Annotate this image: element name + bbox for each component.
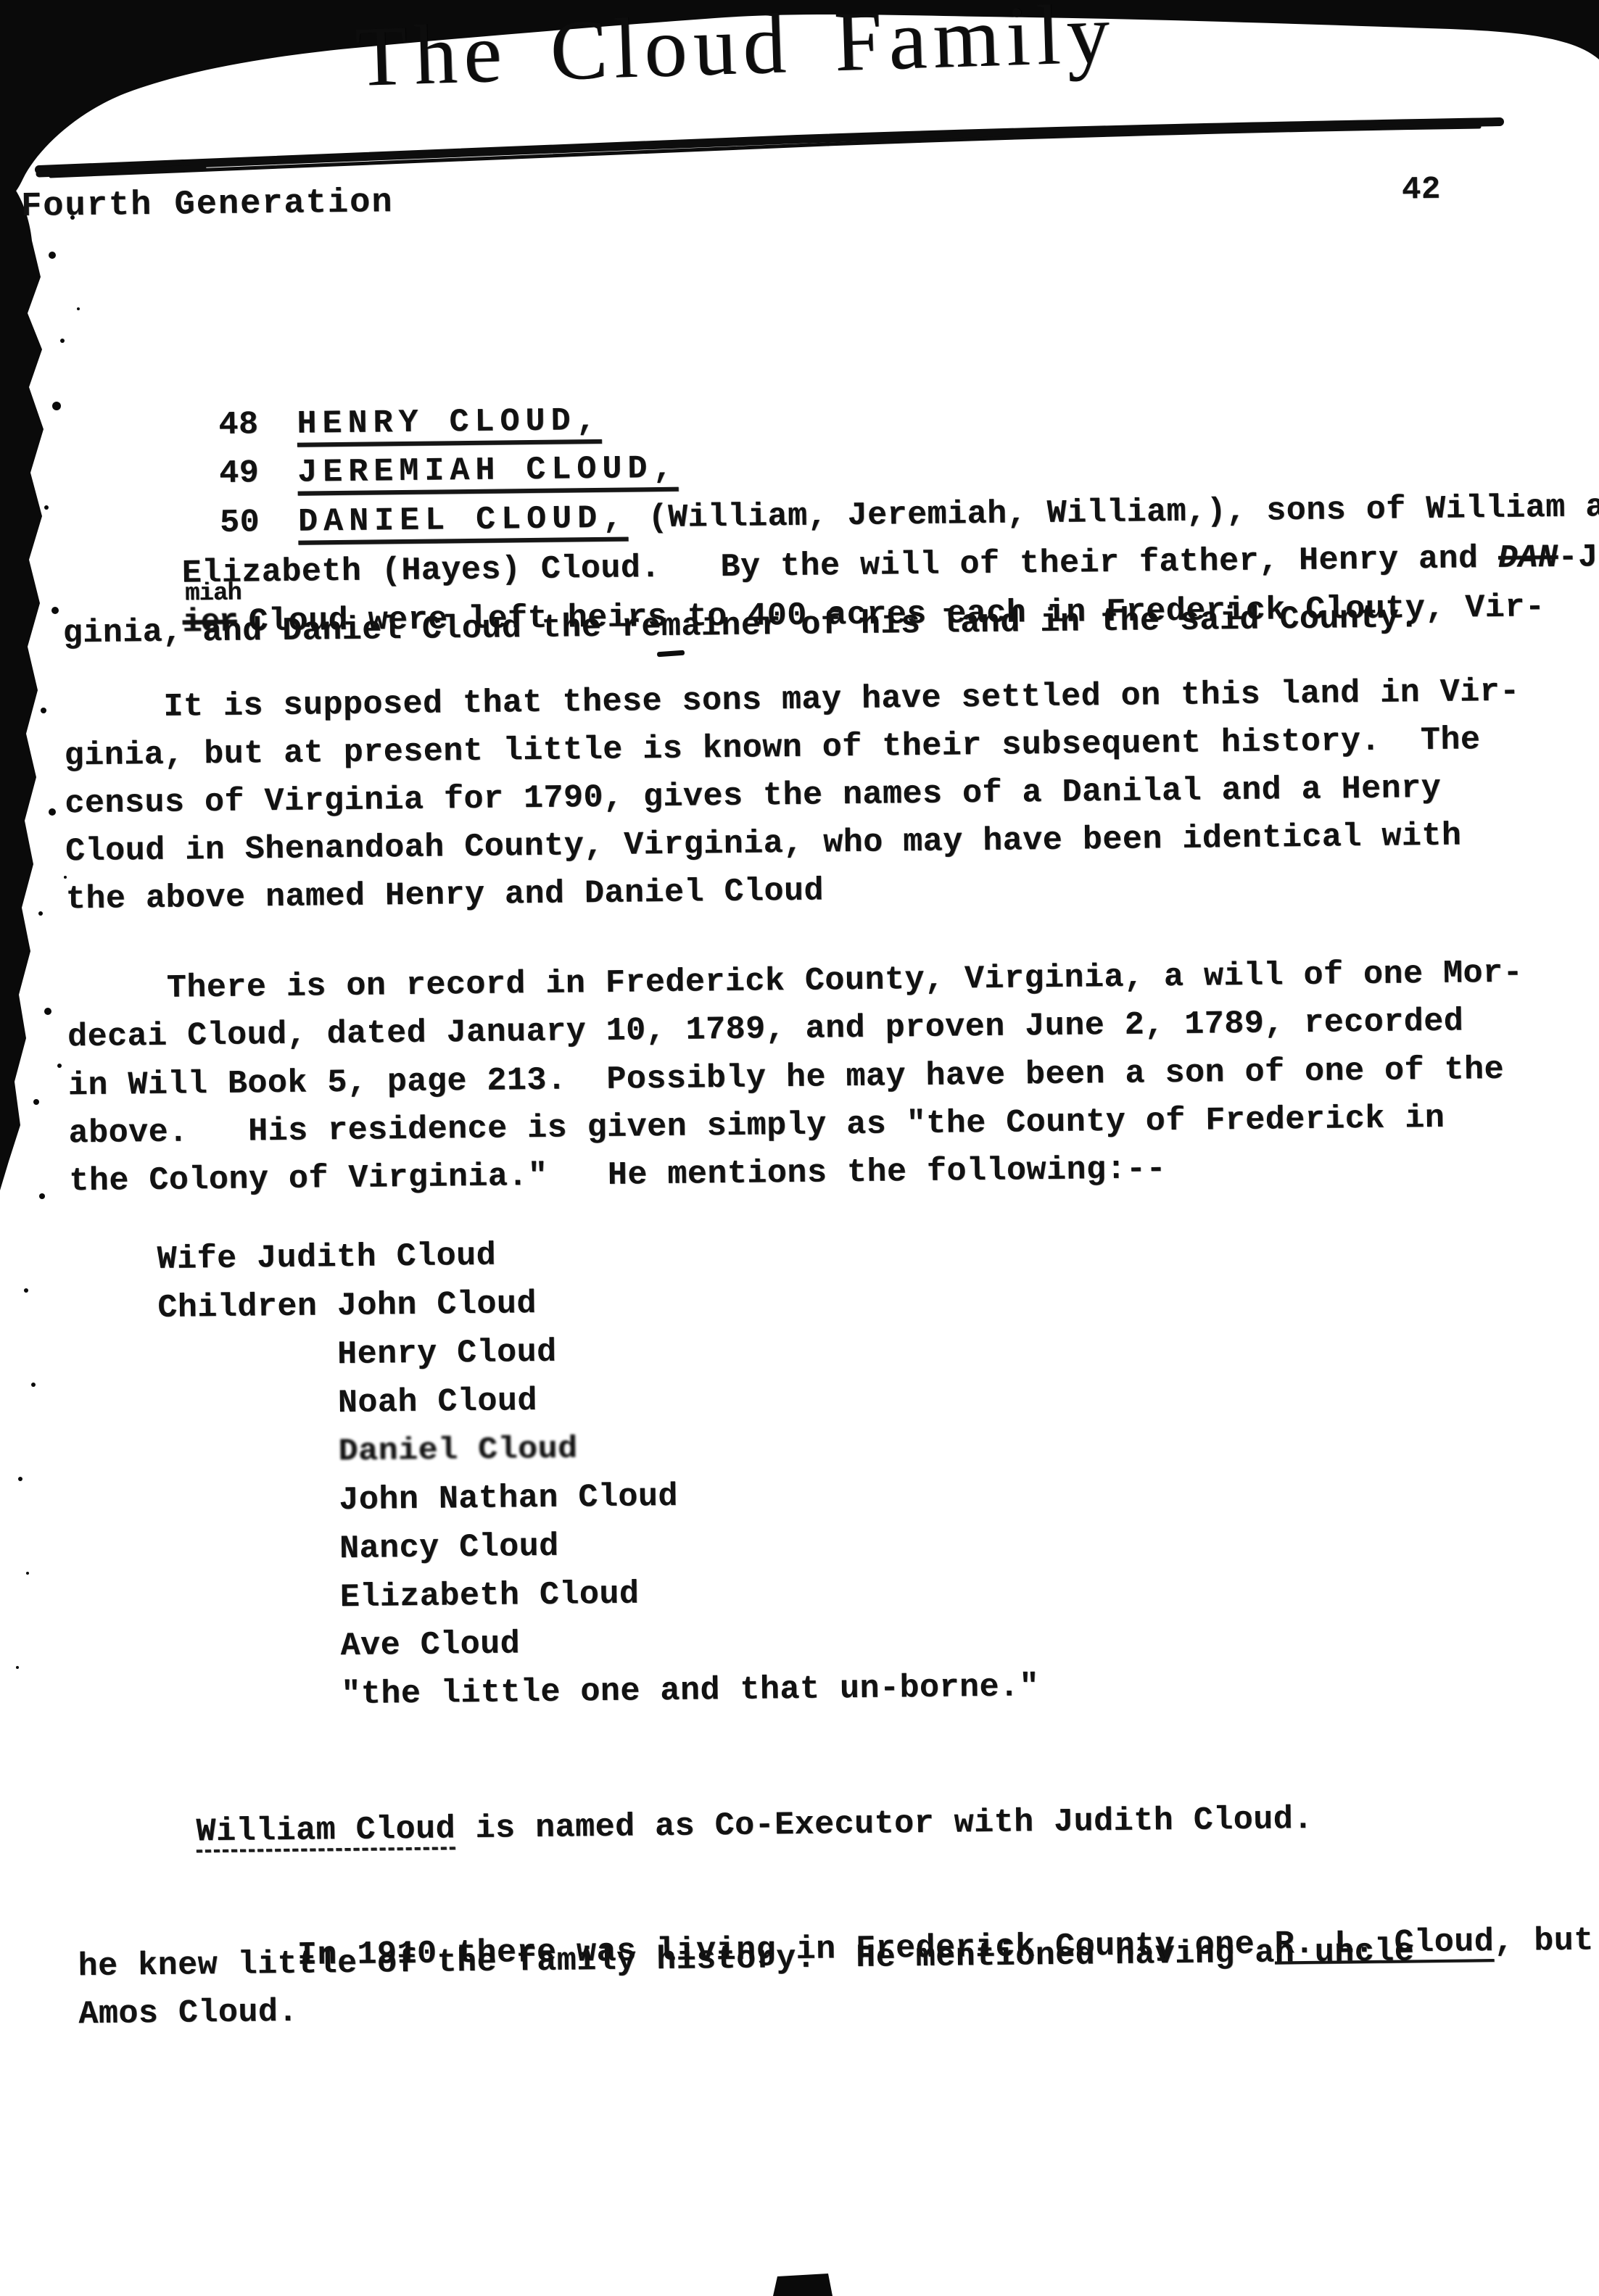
paragraph-supposed-line: ginia, but at present little is known of… xyxy=(64,721,1480,776)
paragraph-mordecai-line: in Will Book 5, page 213. Possibly he ma… xyxy=(68,1050,1505,1106)
will-child-item: Noah Cloud xyxy=(338,1382,538,1423)
will-children-line: Children John Cloud xyxy=(157,1285,537,1328)
page-body: Fourth Generation 42 48HENRY CLOUD, 49JE… xyxy=(0,0,1599,2296)
paragraph-mordecai-line: There is on record in Frederick County, … xyxy=(67,954,1523,1010)
will-child-item: Henry Cloud xyxy=(337,1333,557,1375)
paragraph-mordecai-line: decai Cloud, dated January 10, 1789, and… xyxy=(67,1002,1464,1057)
will-child-item: John Nathan Cloud xyxy=(339,1478,678,1520)
paragraph-mordecai-line: the Colony of Virginia." He mentions the… xyxy=(69,1150,1166,1201)
will-child-item: Daniel Cloud xyxy=(338,1431,578,1471)
paragraph-supposed-line: It is supposed that these sons may have … xyxy=(64,673,1520,729)
underlined-name: William Cloud xyxy=(196,1810,455,1850)
executor-line: William Cloud is named as Co-Executor wi… xyxy=(76,1761,1314,1892)
paragraph-supposed-line: the above named Henry and Daniel Cloud xyxy=(66,871,825,919)
will-child-item: Elizabeth Cloud xyxy=(340,1575,640,1617)
will-wife-line: Wife Judith Cloud xyxy=(157,1237,496,1280)
will-child-item: "the little one and that un-borne." xyxy=(341,1667,1039,1715)
paragraph-supposed-line: census of Virginia for 1790, gives the n… xyxy=(65,769,1441,824)
will-child-item: Nancy Cloud xyxy=(339,1528,559,1569)
closing-line-3: Amos Cloud. xyxy=(78,1993,298,2034)
will-child-item: Ave Cloud xyxy=(340,1625,520,1666)
paragraph-mordecai-line: above. His residence is given simply as … xyxy=(68,1099,1445,1154)
scanned-book-page: The Cloud Family Fourth Generation 42 48… xyxy=(0,0,1599,2296)
section-heading: Fourth Generation xyxy=(21,183,394,227)
paragraph-supposed-line: Cloud in Shenandoah County, Virginia, wh… xyxy=(65,816,1462,871)
page-number: 42 xyxy=(1402,170,1441,210)
